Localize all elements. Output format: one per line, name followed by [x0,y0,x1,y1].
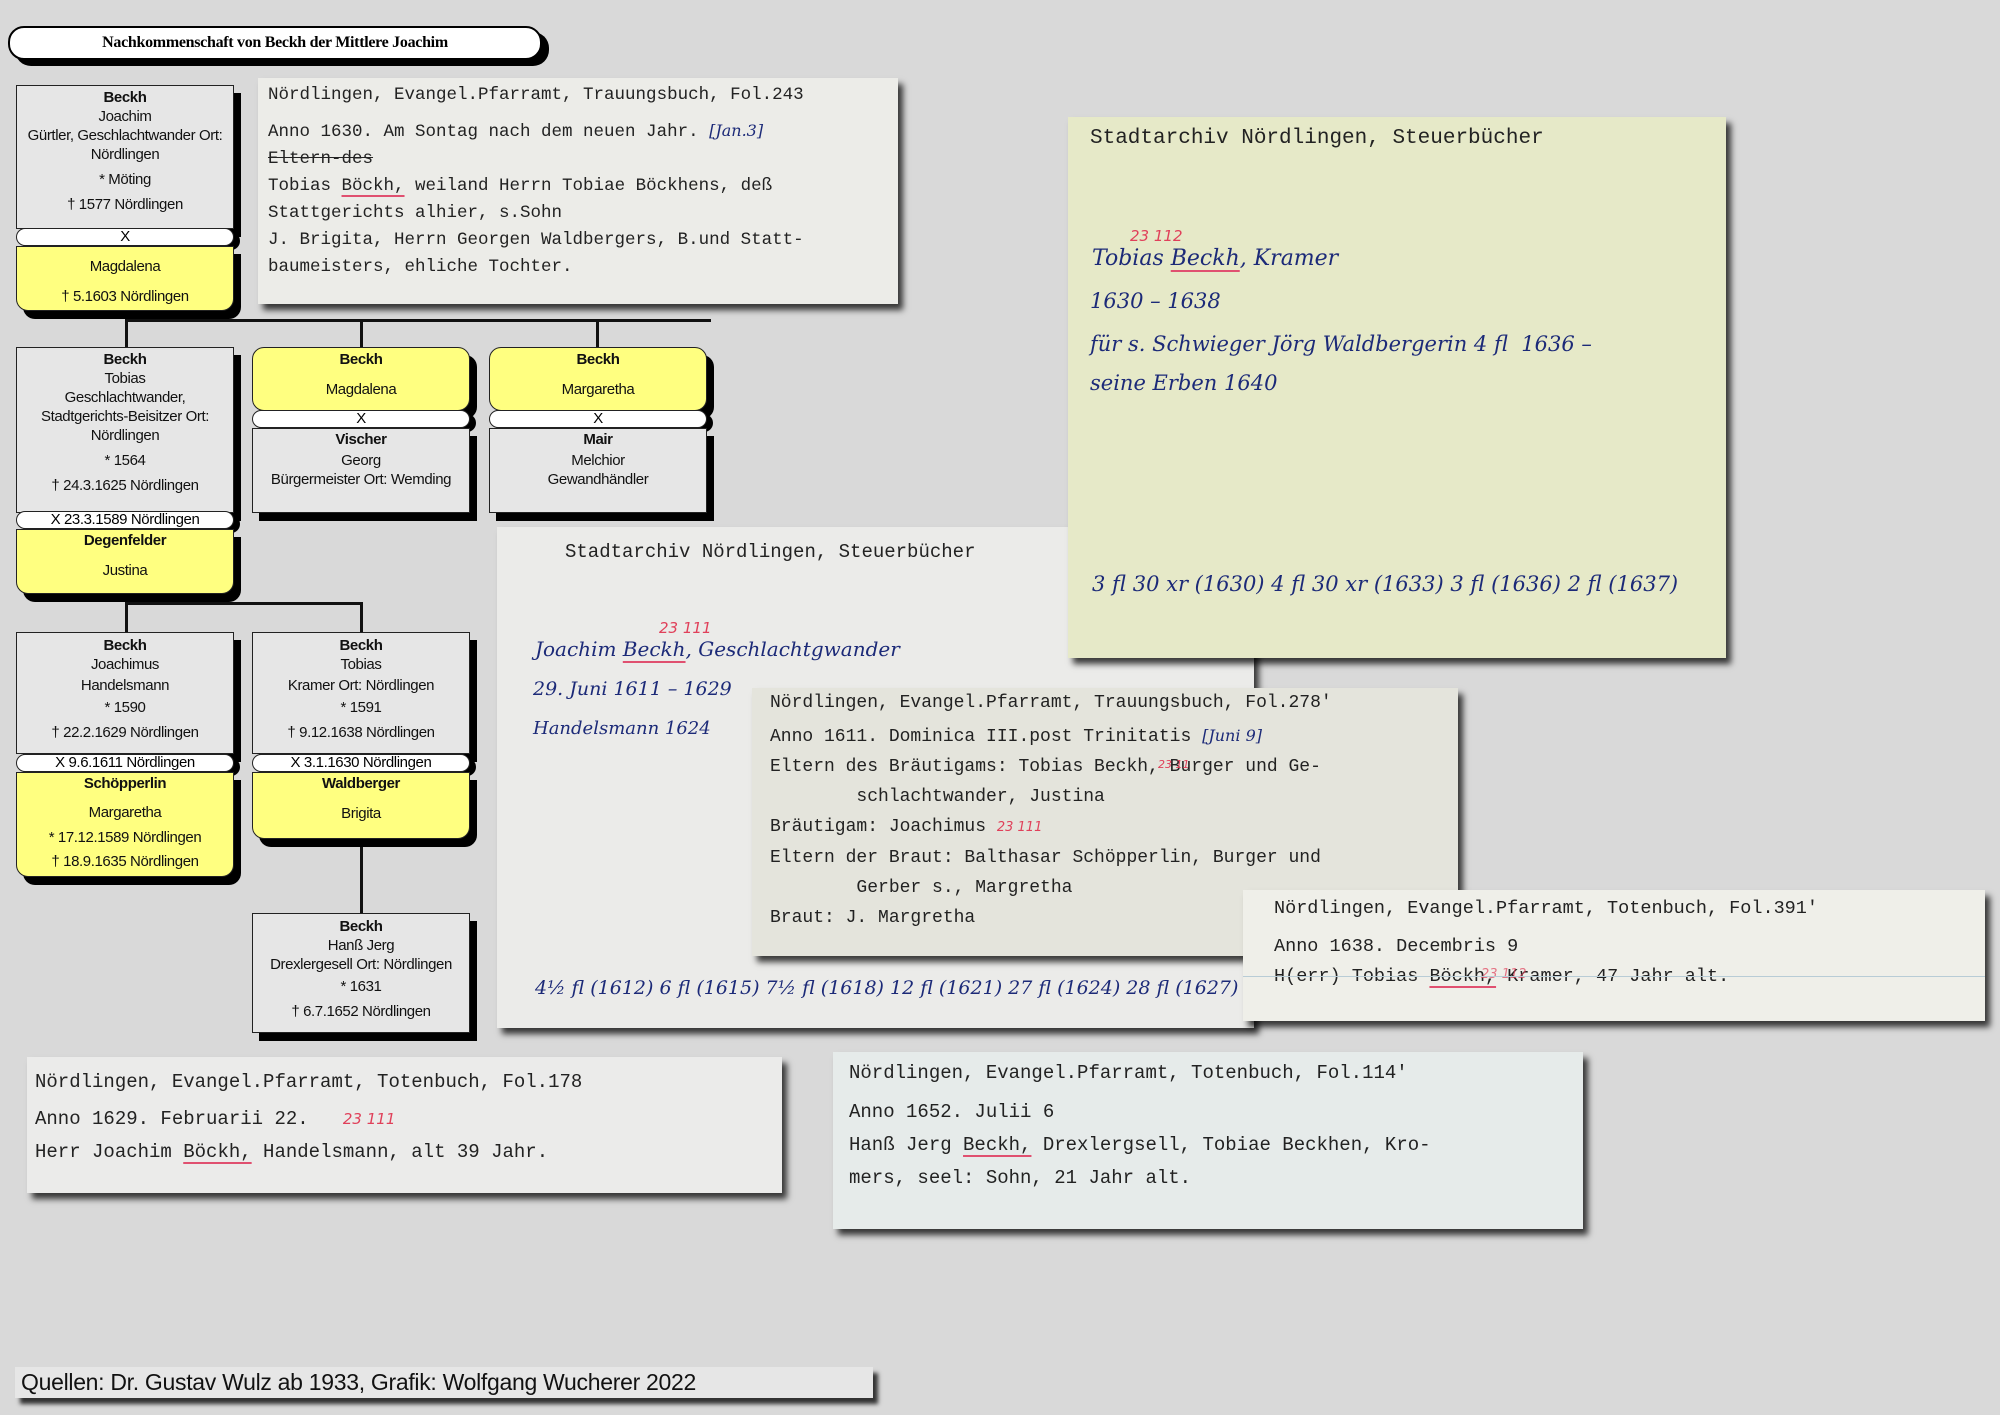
spouse-box-magdalena[interactable]: Magdalena † 5.1603 Nördlingen [16,246,234,311]
record-card-trauung-243: Nördlingen, Evangel.Pfarramt, Trauungsbu… [258,78,898,304]
spouse-box-waldberger[interactable]: Waldberger Brigita [252,772,470,839]
marriage-pill: X [489,410,707,428]
connector [125,593,128,633]
person-box-joachim[interactable]: Beckh Joachim Gürtler, Geschlachtwander … [16,85,234,229]
underlined-surname: Beckh [623,637,686,661]
underlined-surname: Beckh, [963,1134,1031,1156]
spouse-box-degenfelder[interactable]: Degenfelder Justina [16,529,234,594]
marriage-pill: X [252,410,470,428]
underlined-surname: Böckh, [183,1141,251,1163]
record-card-toten-178: Nördlingen, Evangel.Pfarramt, Totenbuch,… [27,1057,782,1193]
marriage-pill: X [16,228,234,246]
record-card-toten-114: Nördlingen, Evangel.Pfarramt, Totenbuch,… [833,1052,1583,1229]
connector [360,602,363,632]
spouse-box-mair[interactable]: Mair Melchior Gewandhändler [489,428,707,513]
person-box-joachimus[interactable]: Beckh Joachimus Handelsmann * 1590 † 22.… [16,632,234,754]
marriage-pill: X 3.1.1630 Nördlingen [252,754,470,772]
connector [596,319,599,347]
underlined-surname: Böckh, [342,176,405,196]
person-box-magdalena[interactable]: Beckh Magdalena [252,347,470,411]
spouse-box-vischer[interactable]: Vischer Georg Bürgermeister Ort: Wemding [252,428,470,513]
ruled-line [1243,976,1985,977]
connector [125,310,128,348]
connector [125,319,711,322]
record-card-toten-391: Nördlingen, Evangel.Pfarramt, Totenbuch,… [1243,890,1985,1021]
marriage-pill: X 9.6.1611 Nördlingen [16,754,234,772]
connector [360,838,363,914]
marriage-pill: X 23.3.1589 Nördlingen [16,511,234,529]
person-box-hanss-jerg[interactable]: Beckh Hanß Jerg Drexlergesell Ort: Nördl… [252,913,470,1033]
connector [360,319,363,347]
connector [125,602,363,605]
spouse-box-schoepperlin[interactable]: Schöpperlin Margaretha * 17.12.1589 Nörd… [16,772,234,877]
person-box-tobias-sen[interactable]: Beckh Tobias Geschlachtwander, Stadtgeri… [16,347,234,513]
person-box-tobias-jun[interactable]: Beckh Tobias Kramer Ort: Nördlingen * 15… [252,632,470,754]
sources-footer: Quellen: Dr. Gustav Wulz ab 1933, Grafik… [15,1367,873,1398]
person-box-margaretha[interactable]: Beckh Margaretha [489,347,707,411]
record-card-steuer-tobias: Stadtarchiv Nördlingen, Steuerbücher 23 … [1068,117,1726,658]
underlined-surname: Beckh [1171,246,1240,271]
chart-title: Nachkommenschaft von Beckh der Mittlere … [8,26,542,60]
